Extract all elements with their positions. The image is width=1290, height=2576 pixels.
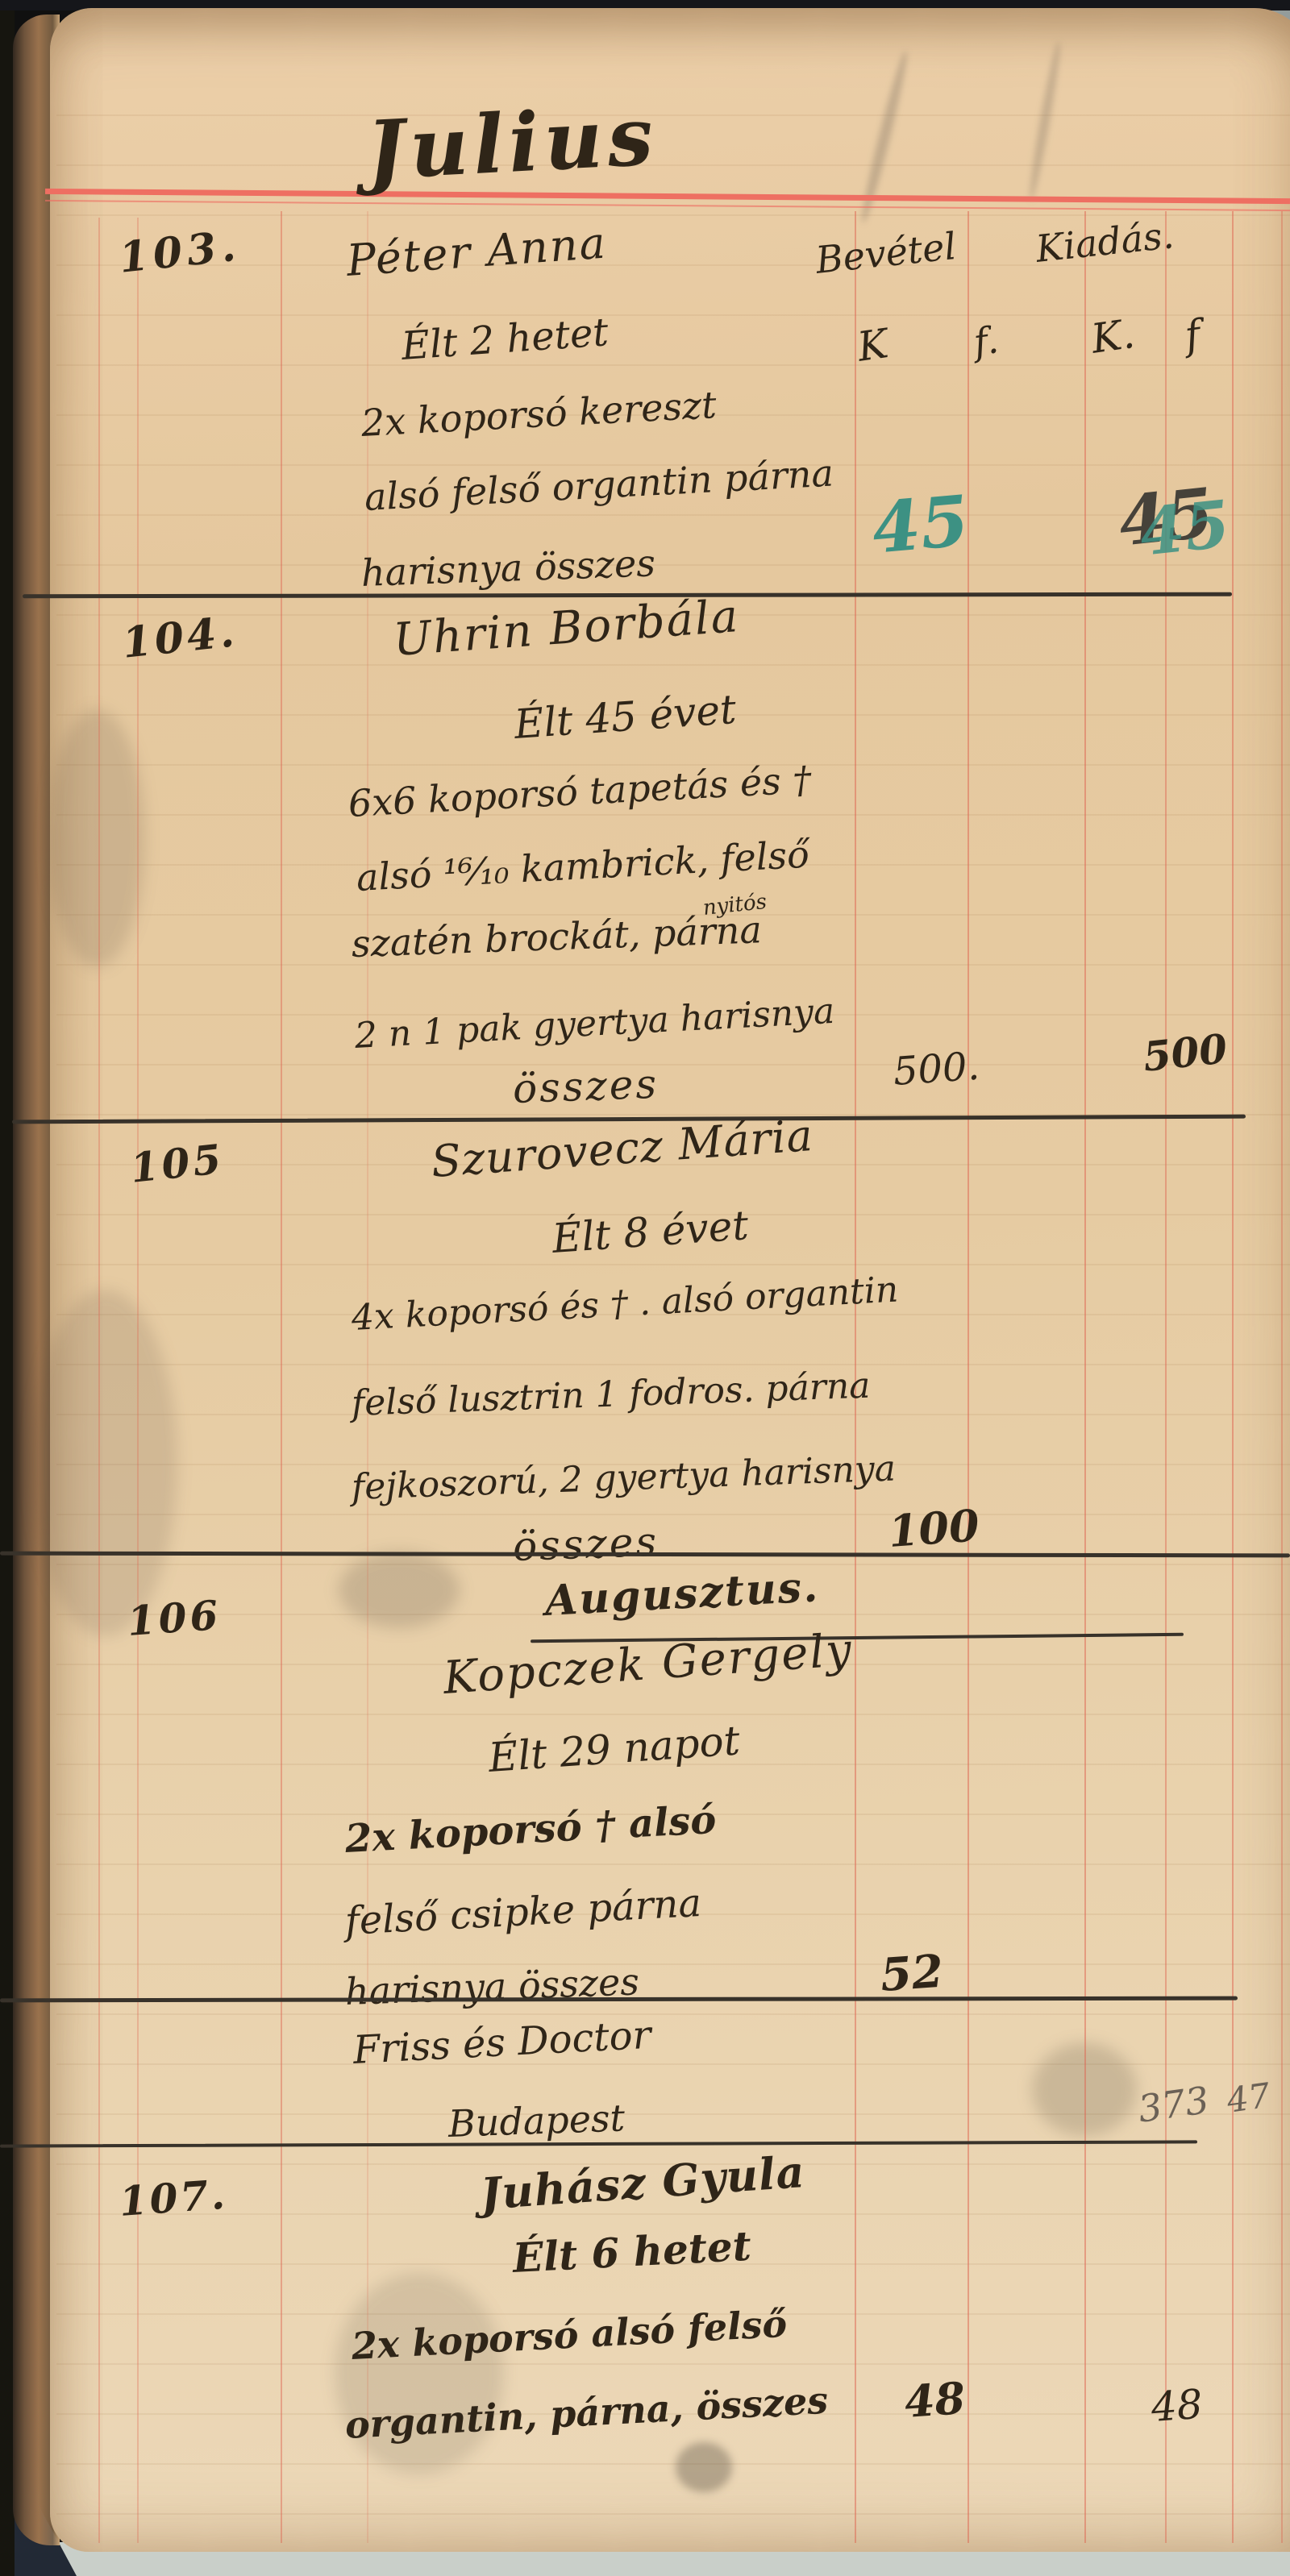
amount-kiadas-teal: 45 xyxy=(1136,486,1234,571)
amount-bevetel: 45 xyxy=(869,480,972,570)
footer-line: Budapest xyxy=(447,2096,626,2146)
amount-kiadas: 500 xyxy=(1141,1024,1230,1081)
amount-bevetel: 500. xyxy=(892,1044,981,1095)
red-column-line xyxy=(98,218,100,2543)
entry-line-osszes: összes xyxy=(512,1519,660,1570)
stain xyxy=(48,709,145,967)
stain xyxy=(339,1552,460,1628)
amount-bevetel: 100 xyxy=(887,1499,981,1557)
entry-line-osszes: összes xyxy=(512,1061,660,1112)
entry-number: 107. xyxy=(118,2171,229,2225)
entry-number: 105 xyxy=(128,1135,227,1192)
amount-kiadas: 48 xyxy=(1150,2381,1205,2431)
entry-number: 106 xyxy=(126,1591,223,1645)
pencil-amount-kiadas-f: 47 xyxy=(1225,2075,1273,2121)
column-header-k: K. xyxy=(1088,310,1138,363)
ledger-scan: Julius 103. Péter Anna Bevétel Kiadás. É… xyxy=(0,0,1290,2576)
column-header-k: K xyxy=(855,320,891,371)
red-column-line xyxy=(281,211,282,2543)
ink-blot xyxy=(676,2442,732,2492)
page-title: Julius xyxy=(364,88,660,198)
red-column-line xyxy=(1281,211,1283,2543)
amount-bevetel: 48 xyxy=(903,2372,967,2428)
red-column-line-kiadas-k xyxy=(1084,211,1086,2543)
stain xyxy=(32,1290,177,1636)
amount-bevetel: 52 xyxy=(879,1945,945,2002)
